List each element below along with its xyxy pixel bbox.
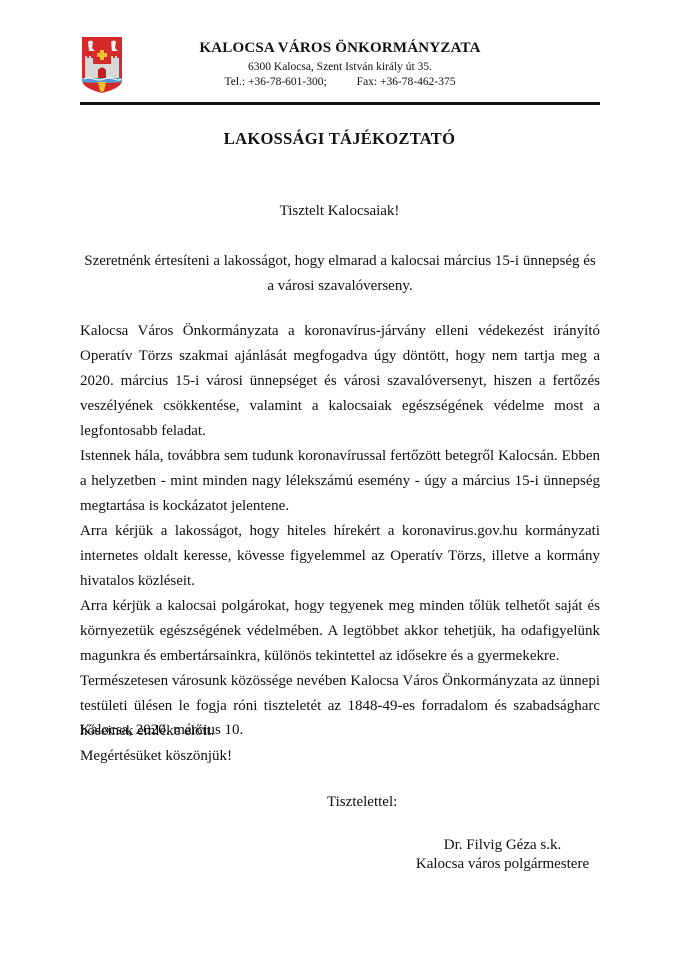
organization-address: 6300 Kalocsa, Szent István király út 35. [130,60,550,75]
paragraph: Megértésüket köszönjük! [80,744,600,769]
signatory-title: Kalocsa város polgármestere [400,855,605,874]
document-title: LAKOSSÁGI TÁJÉKOZTATÓ [0,129,679,149]
greeting: Tisztelt Kalocsaiak! [0,203,679,220]
organization-contact: Tel.: +36-78-601-300;Fax: +36-78-462-375 [130,75,550,90]
paragraph: Arra kérjük a lakosságot, hogy hiteles h… [80,519,600,594]
signature-block: Dr. Filvig Géza s.k. Kalocsa város polgá… [400,836,605,874]
phone-number: Tel.: +36-78-601-300; [225,76,327,88]
paragraph: Istennek hála, továbbra sem tudunk koron… [80,444,600,519]
paragraph: Arra kérjük a kalocsai polgárokat, hogy … [80,594,600,669]
coat-of-arms-icon [81,36,123,94]
letterhead-text: KALOCSA VÁROS ÖNKORMÁNYZATA 6300 Kalocsa… [130,38,550,90]
date-line: Kalocsa, 2020. március 10. [80,722,243,739]
header-divider [80,102,600,105]
organization-name: KALOCSA VÁROS ÖNKORMÁNYZATA [130,38,550,58]
intro-paragraph: Szeretnénk értesíteni a lakosságot, hogy… [80,249,600,299]
body-text: Kalocsa Város Önkormányzata a koronavíru… [80,319,600,769]
closing: Tisztelettel: [327,794,397,811]
paragraph: Kalocsa Város Önkormányzata a koronavíru… [80,319,600,444]
fax-number: Fax: +36-78-462-375 [357,76,456,88]
signatory-name: Dr. Filvig Géza s.k. [400,836,605,855]
